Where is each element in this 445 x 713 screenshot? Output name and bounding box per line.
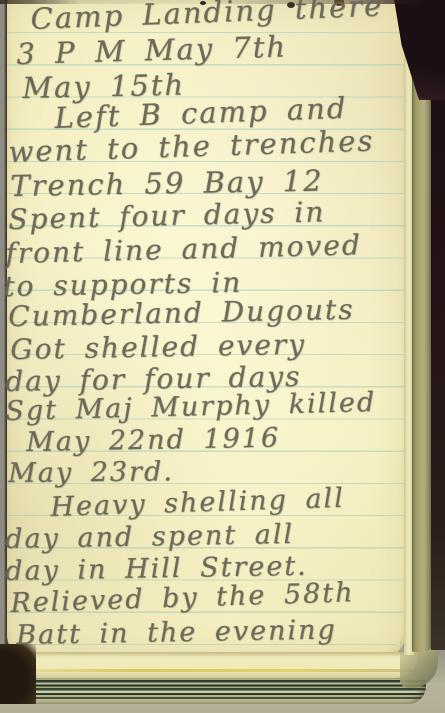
handwriting-line: Camp Landing there: [30, 0, 384, 36]
handwriting-line: Heavy shelling all: [50, 483, 345, 523]
handwriting-line: day and spent all: [5, 519, 294, 555]
handwriting-line: 3 P M May 7th: [16, 29, 288, 71]
handwriting-layer: Camp Landing there3 P M May 7thMay 15thL…: [0, 0, 445, 660]
page-stack-edges: [14, 678, 426, 704]
handwriting-line: Batt in the evening: [16, 614, 337, 651]
page-edge-highlight: [12, 669, 416, 672]
handwriting-line: May 23rd.: [8, 456, 174, 489]
handwriting-line: May 22nd 1916: [26, 423, 280, 458]
scanned-notebook-photo: { "document": { "kind": "handwritten-dia…: [0, 0, 445, 713]
